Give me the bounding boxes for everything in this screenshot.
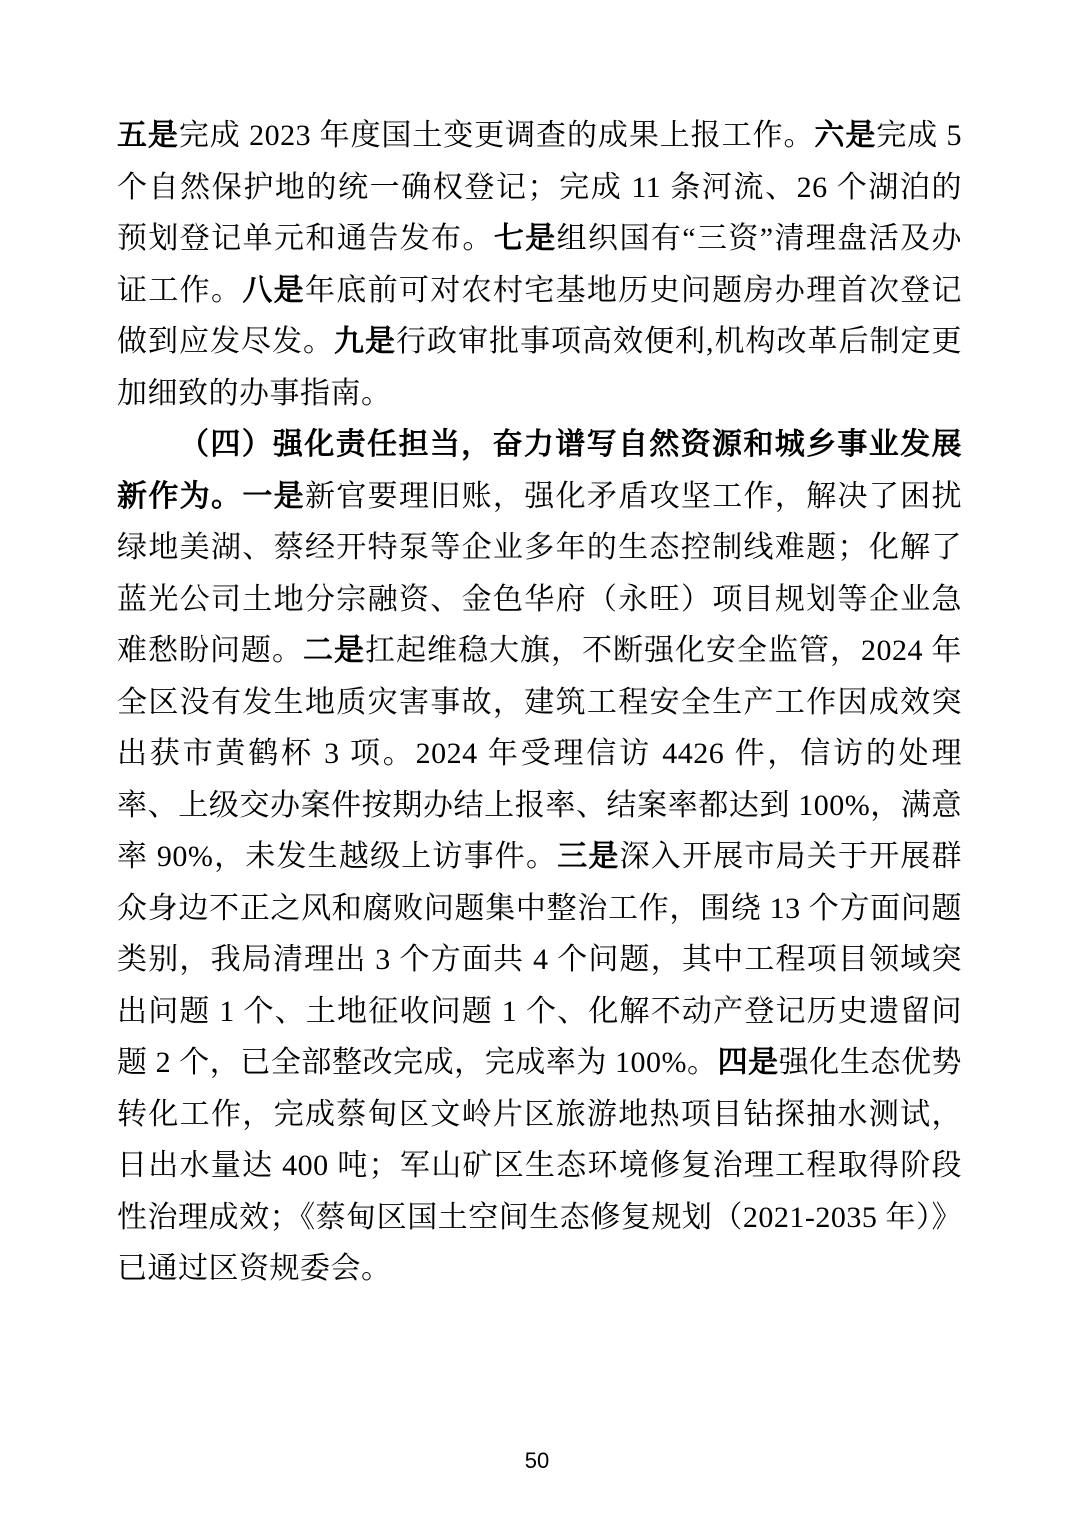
paragraph: （四）强化责任担当，奋力谱写自然资源和城乡事业发展新作为。一是新官要理旧账，强化… (117, 419, 962, 1295)
text-run: 完成 2023 年度国土变更调查的成果上报工作。 (179, 119, 815, 152)
bold-text-run: 二是 (303, 634, 365, 667)
text-run: 强化生态优势转化工作，完成蔡甸区文岭片区旅游地热项目钻探抽水测试，日出水量达 4… (117, 1046, 962, 1285)
document-body: 五是完成 2023 年度国土变更调查的成果上报工作。六是完成 5 个自然保护地的… (117, 110, 962, 1295)
text-run: 扛起维稳大旗，不断强化安全监管，2024 年全区没有发生地质灾害事故，建筑工程安… (117, 634, 962, 873)
page-number: 50 (525, 1448, 549, 1473)
text-run: 深入开展市局关于开展群众身边不正之风和腐败问题集中整治工作，围绕 13 个方面问… (117, 840, 962, 1079)
page-footer: 50 (0, 1448, 1074, 1474)
bold-text-run: 一是 (242, 480, 305, 513)
document-page: 五是完成 2023 年度国土变更调查的成果上报工作。六是完成 5 个自然保护地的… (0, 0, 1074, 1520)
paragraph: 五是完成 2023 年度国土变更调查的成果上报工作。六是完成 5 个自然保护地的… (117, 110, 962, 419)
bold-text-run: 八是 (242, 274, 305, 307)
bold-text-run: 五是 (117, 119, 179, 152)
bold-text-run: 九是 (334, 325, 396, 358)
bold-text-run: 三是 (557, 840, 619, 873)
bold-text-run: 六是 (814, 119, 876, 152)
bold-text-run: 四是 (718, 1046, 779, 1079)
bold-text-run: 七是 (494, 222, 557, 255)
